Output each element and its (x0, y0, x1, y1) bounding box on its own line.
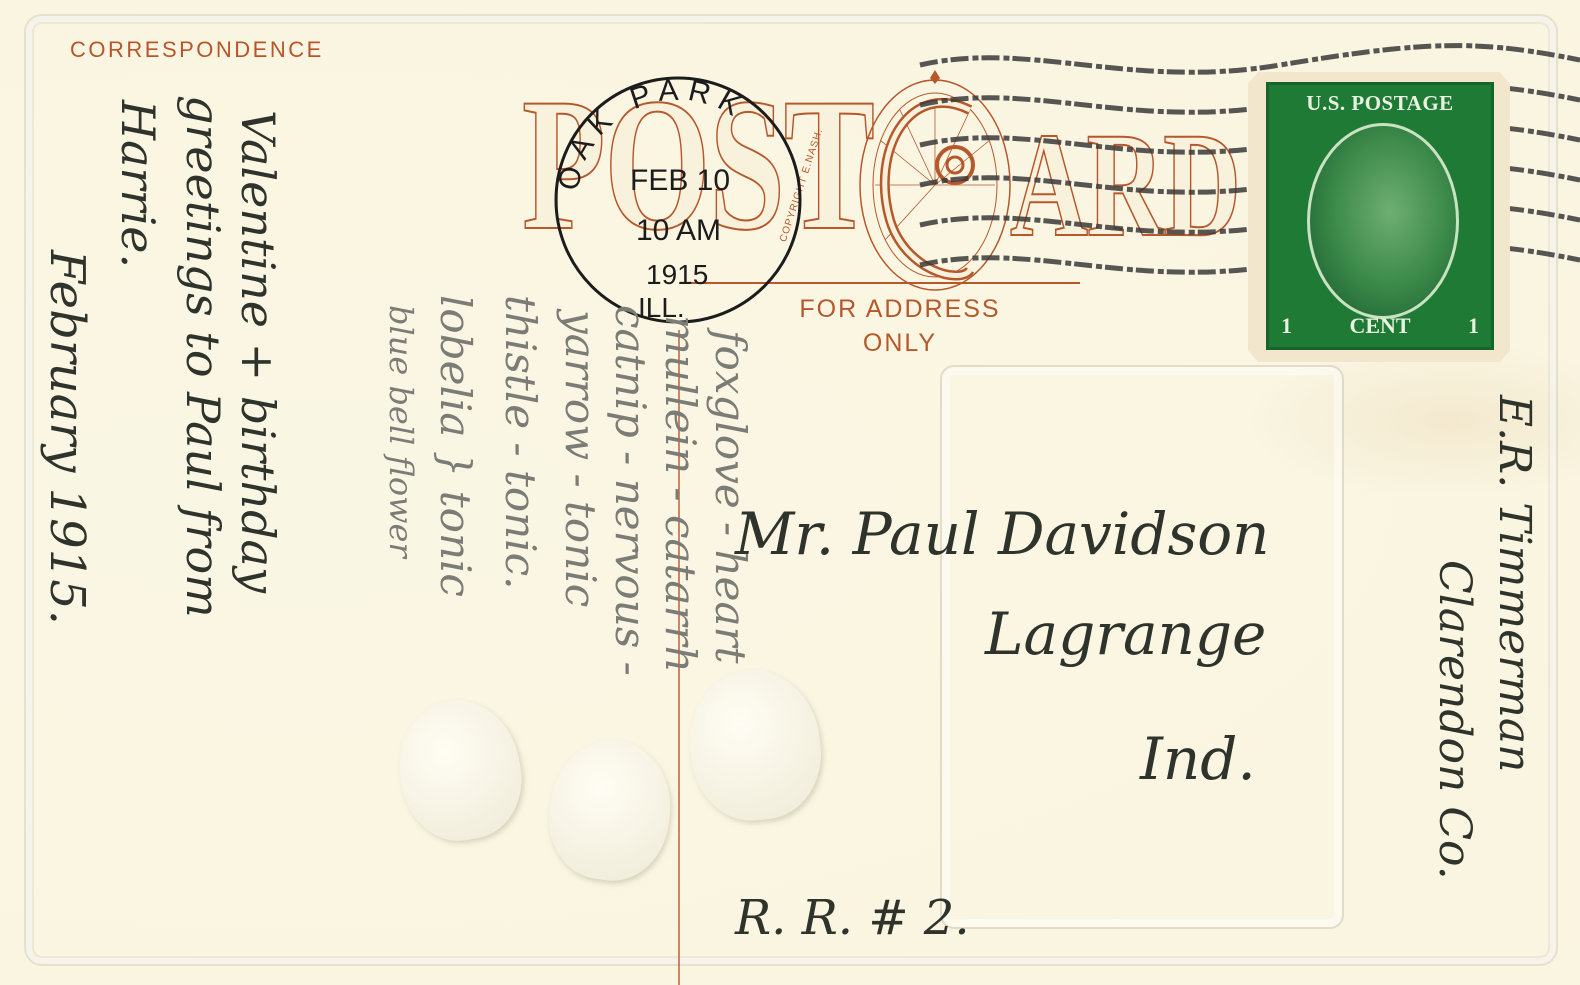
postcard-back: CORRESPONDENCE POST ARD COPYRIGHT E.NASH… (0, 0, 1580, 985)
svg-text:1915: 1915 (646, 259, 708, 290)
pencil-note-line: catnip - nervous - (606, 305, 655, 676)
return-address-line: Clarendon Co. (1429, 560, 1480, 880)
message-line: greetings to Paul from (176, 95, 230, 618)
postmark-circle-icon: OAK PARK FEB 10 10 AM 1915 ILL. (548, 72, 808, 327)
address-route: R. R. # 2. (735, 890, 970, 946)
addressee-name: Mr. Paul Davidson (735, 500, 1270, 568)
message-line: February 1915. (39, 250, 95, 625)
pencil-note-line: thistle - tonic. (496, 295, 545, 590)
address-city: Lagrange (985, 600, 1266, 668)
address-state: Ind. (1140, 725, 1256, 793)
correspondence-label: CORRESPONDENCE (70, 37, 324, 63)
for-address-line2: ONLY (765, 326, 1035, 360)
pencil-note-line: foxglove - heart (706, 330, 755, 664)
pencil-note-line: lobelia } tonic (431, 295, 480, 597)
stamp-denom-left: 1 (1281, 313, 1292, 339)
return-address-line: E.R. Timmerman (1489, 395, 1540, 772)
stamp-face: U.S. POSTAGE 1 CENT 1 (1266, 82, 1494, 350)
stamp-denom-right: 1 (1468, 313, 1479, 339)
message-line: Valentine + birthday (231, 110, 285, 593)
pencil-note-line: mullein - catarrh (656, 315, 705, 673)
pencil-note-line: blue bell flower (382, 305, 420, 558)
postage-stamp: U.S. POSTAGE 1 CENT 1 (1248, 72, 1510, 362)
washington-portrait-icon (1307, 123, 1459, 319)
stamp-denom-text: CENT (1349, 313, 1410, 339)
stamp-denomination: 1 CENT 1 (1269, 313, 1491, 339)
svg-text:FEB 10: FEB 10 (630, 164, 730, 197)
stamp-top-text: U.S. POSTAGE (1269, 91, 1491, 116)
svg-text:10 AM: 10 AM (636, 214, 721, 247)
pencil-note-line: yarrow - tonic (556, 310, 605, 607)
message-line: Harrie. (111, 100, 165, 268)
